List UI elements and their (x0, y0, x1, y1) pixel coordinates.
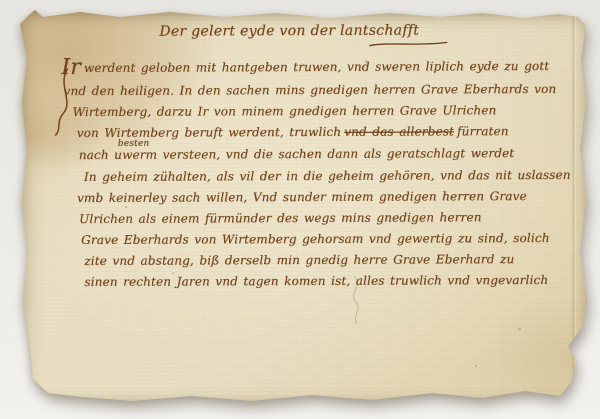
manuscript-line: von Wirtemberg beruft werdent, truwlichv… (77, 124, 509, 140)
line-text: zite vnd abstang, biß derselb min gnedig… (84, 252, 514, 268)
line-text: vnd den heiligen. In den sachen mins gne… (63, 82, 556, 98)
manuscript-line: Wirtemberg, darzu Ir von minem gnedigen … (73, 103, 497, 119)
manuscript-page: Der gelert eyde von der lantschafft Irwe… (20, 10, 590, 404)
manuscript-line: vmb keinerley sach willen, Vnd sunder mi… (77, 189, 527, 205)
manuscript-page-wrapper: Der gelert eyde von der lantschafft Irwe… (20, 10, 590, 404)
manuscript-line: nach uwerm versteen, vnd die sachen dann… (79, 146, 515, 162)
line-text: nach uwerm versteen, vnd die sachen dann… (79, 146, 515, 162)
photo-backdrop: { "manuscript": { "title": "Der gelert e… (0, 0, 600, 419)
line-text: sinen rechten Jaren vnd tagen komen ist,… (84, 273, 548, 289)
opening-initial: Ir (61, 55, 81, 80)
line-text: Grave Eberhards von Wirtemberg gehorsam … (81, 231, 549, 247)
manuscript-line: zite vnd abstang, biß derselb min gnedig… (84, 252, 514, 268)
line-text: Wirtemberg, darzu Ir von minem gnedigen … (73, 103, 497, 119)
line-text: Ulrichen als einem fürmünder des wegs mi… (79, 210, 482, 226)
manuscript-line: sinen rechten Jaren vnd tagen komen ist,… (84, 273, 548, 289)
manuscript-line: Ulrichen als einem fürmünder des wegs mi… (79, 210, 482, 226)
handwritten-text-layer: Der gelert eyde von der lantschafft Irwe… (19, 9, 591, 405)
struck-text: vnd das allerbest (344, 124, 454, 138)
title-flourish (369, 39, 449, 49)
page-title: Der gelert eyde von der lantschafft (19, 22, 559, 40)
manuscript-line: vnd den heiligen. In den sachen mins gne… (63, 82, 556, 98)
line-text: fürraten (457, 124, 509, 138)
manuscript-line: Irwerdent geloben mit hantgeben truwen, … (61, 59, 549, 75)
line-text: In geheim zühalten, als vil der in die g… (84, 168, 571, 184)
line-text: vmb keinerley sach willen, Vnd sunder mi… (77, 189, 527, 205)
line-text: von Wirtemberg beruft werdent, truwlich (77, 125, 342, 140)
manuscript-line: Grave Eberhards von Wirtemberg gehorsam … (81, 231, 549, 247)
line-text: werdent geloben mit hantgeben truwen, vn… (84, 59, 549, 75)
manuscript-line: In geheim zühalten, als vil der in die g… (84, 168, 571, 184)
